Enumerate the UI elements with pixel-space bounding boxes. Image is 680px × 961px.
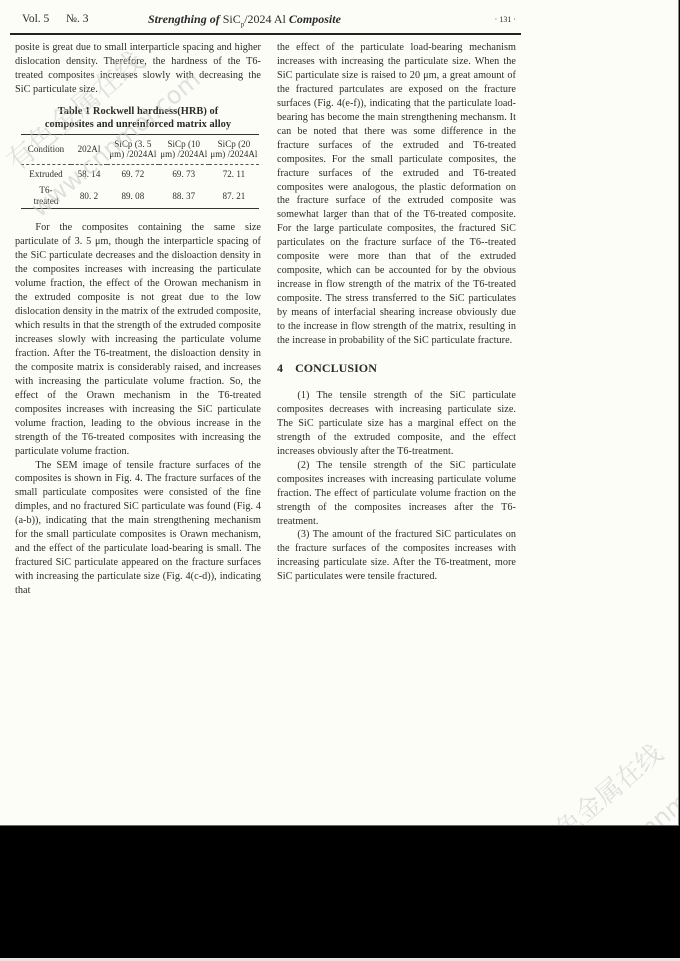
row-condition: T6-treated bbox=[21, 183, 71, 209]
table-caption-line-1: Table 1 Rockwell hardness(HRB) of bbox=[15, 105, 261, 118]
header-202al: 202Al bbox=[71, 134, 107, 164]
cell-value: 72. 11 bbox=[209, 164, 259, 183]
row-condition: Extruded bbox=[21, 164, 71, 183]
section-heading: 4CONCLUSION bbox=[277, 362, 516, 376]
cell-value: 69. 72 bbox=[107, 164, 159, 183]
intro-paragraph: posite is great due to small interpartic… bbox=[15, 41, 261, 97]
page-number: · 131 · bbox=[495, 15, 516, 24]
table-caption-line-2: composites and unreinforced matrix alloy bbox=[15, 118, 261, 131]
section-title: CONCLUSION bbox=[295, 361, 377, 375]
cell-value: 89. 08 bbox=[107, 183, 159, 209]
title-material-text: SiC bbox=[223, 12, 241, 26]
conclusion-item: (3) The amount of the fractured SiC part… bbox=[277, 528, 516, 584]
conclusion-item: (1) The tensile strength of the SiC part… bbox=[277, 389, 516, 459]
volume-label: Vol. 5 bbox=[22, 13, 49, 25]
issue-number: №. 3 bbox=[66, 13, 88, 25]
section-number: 4 bbox=[277, 361, 283, 375]
table-caption: Table 1 Rockwell hardness(HRB) of compos… bbox=[15, 105, 261, 131]
paper-page: Vol. 5 №. 3 Strengthing of SiCp/2024 Al … bbox=[0, 0, 679, 826]
left-column: posite is great due to small interpartic… bbox=[15, 41, 261, 598]
table-row: Extruded 58. 14 69. 72 69. 73 72. 11 bbox=[21, 164, 259, 183]
continued-paragraph: the effect of the particulate load-beari… bbox=[277, 41, 516, 348]
running-header: Vol. 5 №. 3 Strengthing of SiCp/2024 Al … bbox=[22, 12, 520, 32]
title-prefix: Strengthing of bbox=[148, 12, 223, 26]
running-title: Strengthing of SiCp/2024 Al Composite bbox=[148, 12, 341, 28]
title-material: SiCp/2024 Al bbox=[223, 12, 289, 26]
cell-value: 69. 73 bbox=[159, 164, 209, 183]
header-rule bbox=[10, 33, 521, 35]
orowan-paragraph: For the composites containing the same s… bbox=[15, 221, 261, 458]
hardness-table: Condition 202Al SiCp (3. 5 μm) /2024Al S… bbox=[21, 134, 259, 210]
header-sicp-20: SiCp (20 μm) /2024Al bbox=[209, 134, 259, 164]
title-mid: /2024 Al bbox=[244, 12, 289, 26]
title-suffix: Composite bbox=[289, 12, 341, 26]
cell-value: 88. 37 bbox=[159, 183, 209, 209]
watermark-url-bottom: www.cnnmol.com bbox=[576, 735, 679, 826]
right-column: the effect of the particulate load-beari… bbox=[277, 41, 516, 584]
cell-value: 80. 2 bbox=[71, 183, 107, 209]
conclusion-item: (2) The tensile strength of the SiC part… bbox=[277, 459, 516, 529]
sem-paragraph: The SEM image of tensile fracture surfac… bbox=[15, 459, 261, 599]
header-sicp-10: SiCp (10 μm) /2024Al bbox=[159, 134, 209, 164]
header-sicp-3-5: SiCp (3. 5 μm) /2024Al bbox=[107, 134, 159, 164]
watermark-cn-bottom: 有色金属在线 bbox=[526, 734, 669, 826]
table-row: T6-treated 80. 2 89. 08 88. 37 87. 21 bbox=[21, 183, 259, 209]
cell-value: 87. 21 bbox=[209, 183, 259, 209]
cell-value: 58. 14 bbox=[71, 164, 107, 183]
spacer bbox=[15, 209, 261, 221]
table-header-row: Condition 202Al SiCp (3. 5 μm) /2024Al S… bbox=[21, 134, 259, 164]
header-condition: Condition bbox=[21, 134, 71, 164]
